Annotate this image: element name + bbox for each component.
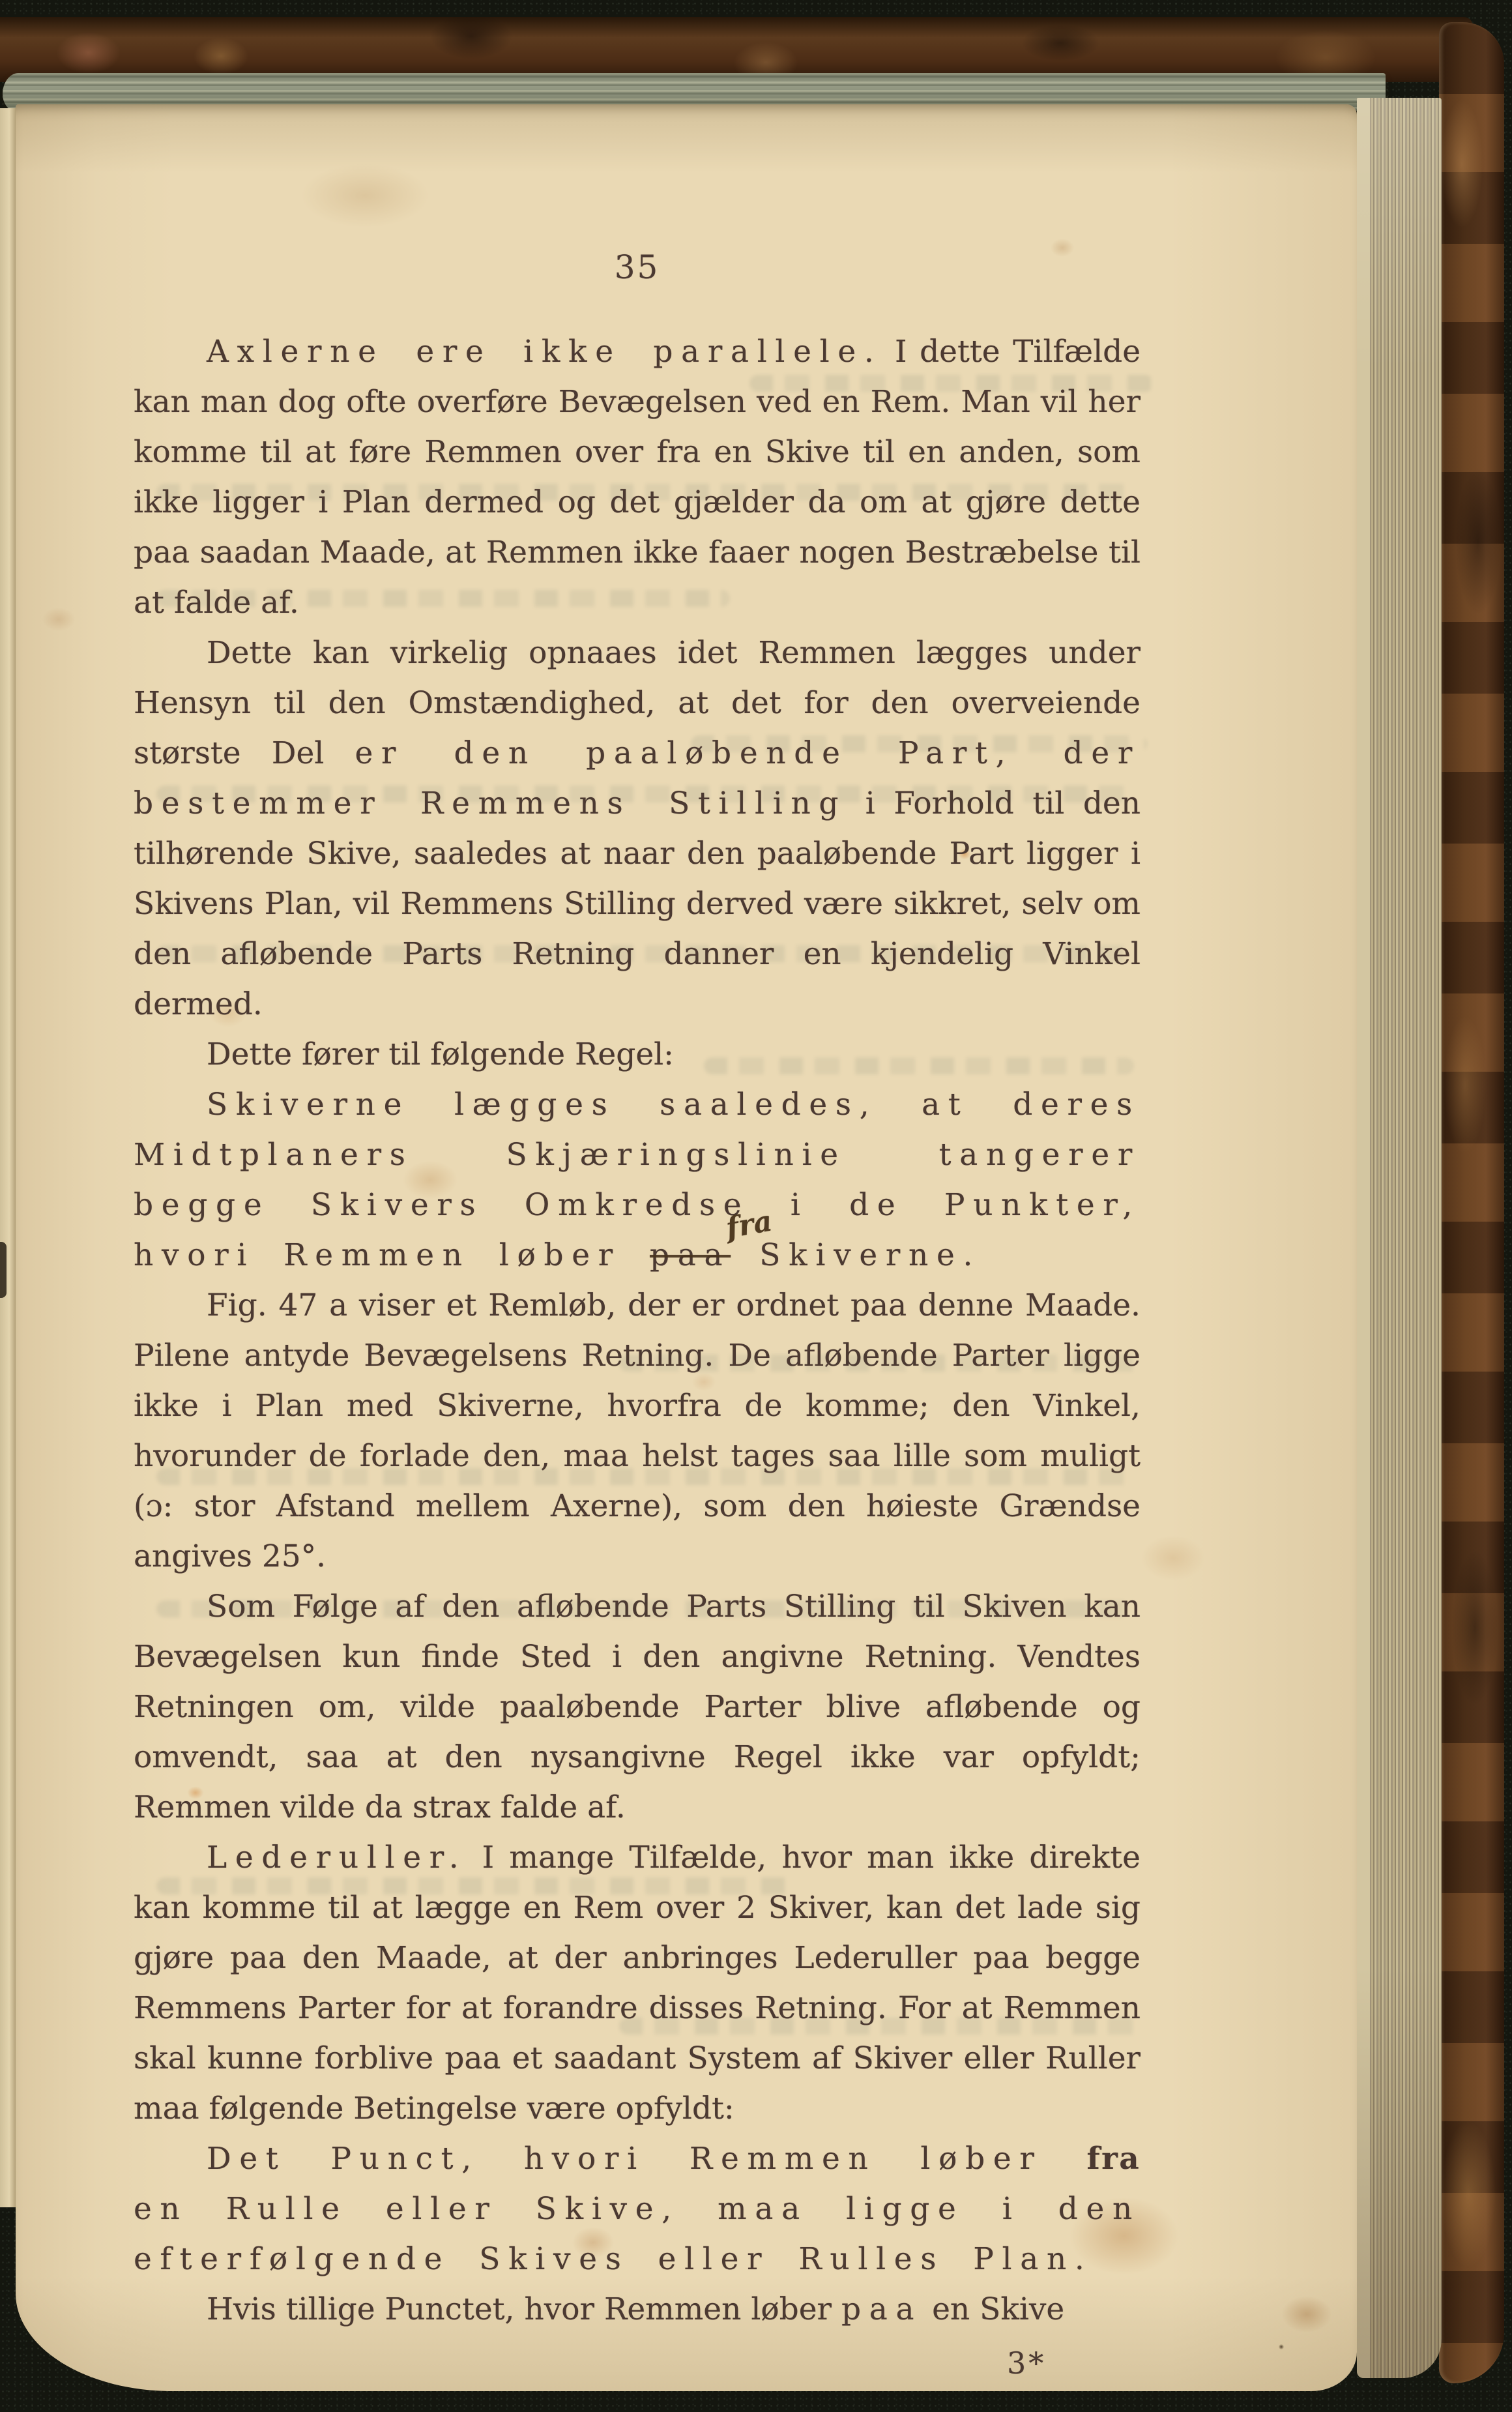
text-run: I mange Tilfælde, hvor man ikke direkte … <box>134 1840 1141 2126</box>
text-run: Hvis tillige Punctet, hvor Remmen løber <box>207 2291 841 2327</box>
paragraph: Hvis tillige Punctet, hvor Remmen løber … <box>134 2284 1141 2334</box>
text-run: Dette fører til følgende Regel: <box>207 1037 674 1072</box>
text-run: I dette Tilfælde kan man dog ofte overfø… <box>134 334 1141 621</box>
text-run: paa <box>841 2291 922 2327</box>
book-cover-right-edge <box>1439 22 1504 2383</box>
text-column: 35 Axlerne ere ikke parallele. I dette T… <box>134 243 1141 2389</box>
text-run: Skiverne lægges saaledes, at deres Midtp… <box>134 1087 1141 1273</box>
paragraph: Fig. 47 a viser et Remløb, der er ordnet… <box>134 1280 1141 1581</box>
left-edge-notch <box>0 1242 7 1298</box>
text-run: Det Punct, hvori Remmen løber <box>207 2141 1087 2177</box>
text-run: fra <box>1087 2141 1141 2177</box>
text-run: Fig. 47 a viser et Remløb, der er ordnet… <box>134 1287 1141 1574</box>
page-stack-fore-edge <box>1357 98 1442 2378</box>
page-number: 35 <box>134 243 1141 293</box>
paragraph: Axlerne ere ikke parallele. I dette Tilf… <box>134 327 1141 628</box>
paragraph: Det Punct, hvori Remmen løber fra en Rul… <box>134 2134 1141 2284</box>
left-page-sliver <box>0 108 17 2207</box>
book-cover-top-edge <box>0 17 1473 82</box>
paragraph: Dette fører til følgende Regel: <box>134 1029 1141 1080</box>
text-run: Axlerne ere ikke parallele. <box>207 334 882 370</box>
paragraph: Skiverne lægges saaledes, at deres Midtp… <box>134 1080 1141 1280</box>
paragraph: Dette kan virkelig opnaaes idet Remmen l… <box>134 628 1141 1029</box>
text-run: Lederuller. <box>207 1840 467 1875</box>
signature-mark: 3* <box>1007 2338 1141 2389</box>
paragraph: Lederuller. I mange Tilfælde, hvor man i… <box>134 1832 1141 2134</box>
text-run: Som Følge af den afløbende Parts Stillin… <box>134 1589 1141 1825</box>
text-run: en Rulle eller Skive, maa ligge i den ef… <box>134 2191 1141 2277</box>
paragraph: Som Følge af den afløbende Parts Stillin… <box>134 1581 1141 1832</box>
text-run: paafra <box>650 1237 731 1273</box>
text-run: en Skive <box>922 2291 1064 2327</box>
